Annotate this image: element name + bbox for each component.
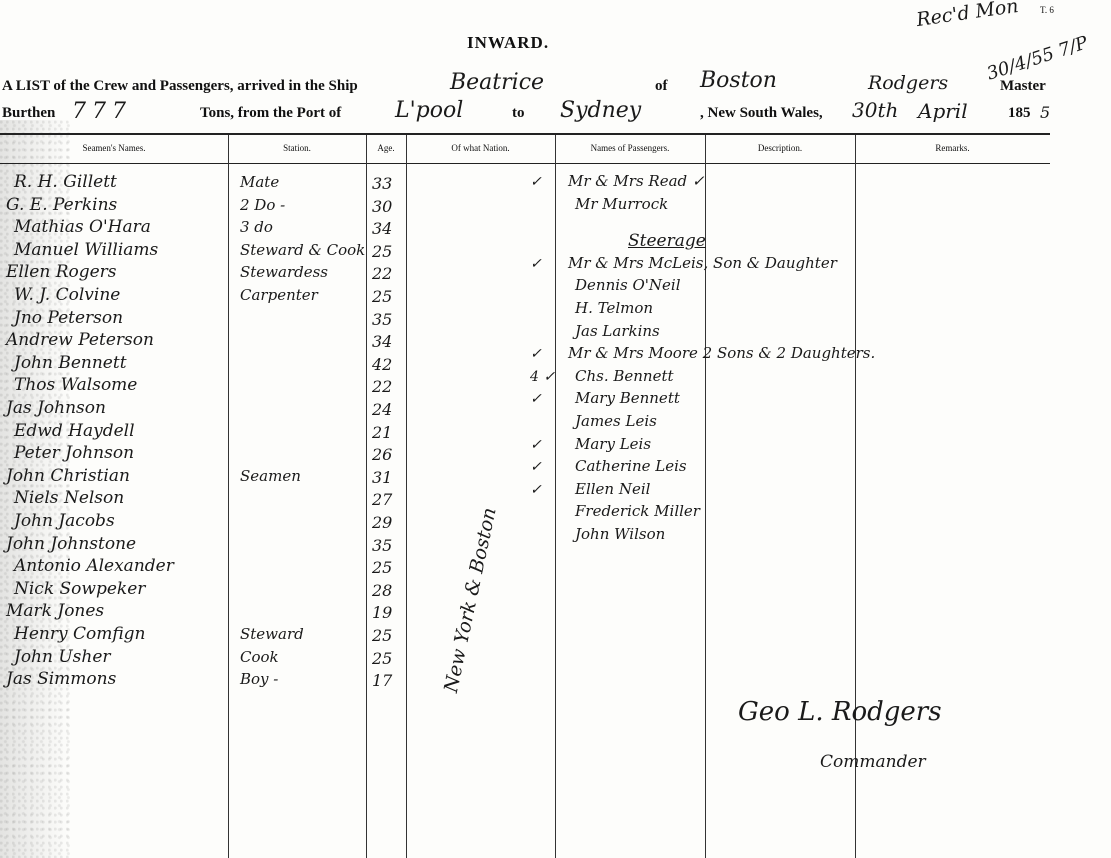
crew-age: 30 — [372, 197, 392, 216]
crew-age: 25 — [372, 558, 392, 577]
passenger-name: James Leis — [575, 412, 657, 430]
master-label: Master — [1000, 78, 1046, 95]
crew-name: Mark Jones — [6, 601, 104, 621]
crew-age: 27 — [372, 490, 392, 509]
crew-name: Jas Johnson — [6, 398, 106, 418]
crew-age: 21 — [372, 423, 392, 442]
passenger-name: H. Telmon — [575, 299, 653, 317]
crew-age: 17 — [372, 671, 392, 690]
crew-age: 25 — [372, 287, 392, 306]
arrival-day: 30th — [852, 98, 898, 122]
crew-name: John Usher — [14, 647, 111, 667]
crew-station: Cook — [240, 648, 279, 666]
crew-station: Carpenter — [240, 286, 318, 304]
crew-name: Jas Simmons — [6, 669, 116, 689]
passenger-name: Catherine Leis — [575, 457, 687, 475]
passenger-name: Mr & Mrs McLeis, Son & Daughter — [568, 254, 837, 272]
passenger-name: Mr Murrock — [575, 195, 668, 213]
crew-name: Jno Peterson — [14, 308, 123, 328]
crew-station: Seamen — [240, 467, 301, 485]
crew-name: Peter Johnson — [14, 443, 134, 463]
crew-station: Mate — [240, 173, 279, 191]
crew-age: 22 — [372, 377, 392, 396]
passenger-name: Ellen Neil — [575, 480, 650, 498]
to-label: to — [512, 105, 525, 122]
passenger-name: Frederick Miller — [575, 502, 700, 520]
master-name: Rodgers — [868, 72, 948, 94]
header-age: Age. — [366, 143, 406, 153]
crew-name: Edwd Haydell — [14, 421, 135, 441]
passenger-name: Dennis O'Neil — [575, 276, 681, 294]
crew-age: 24 — [372, 400, 392, 419]
check-mark-icon: ✓ — [530, 459, 542, 475]
crew-station: Boy - — [240, 670, 278, 688]
crew-age: 25 — [372, 649, 392, 668]
crew-age: 35 — [372, 310, 392, 329]
crew-age: 28 — [372, 581, 392, 600]
crew-station: 3 do — [240, 218, 273, 236]
burthen-value: 777 — [72, 99, 132, 124]
passenger-name: John Wilson — [575, 525, 665, 543]
crew-age: 22 — [372, 264, 392, 283]
crew-name: Thos Walsome — [14, 375, 137, 395]
check-mark-icon: ✓ — [530, 256, 542, 272]
passenger-name: Chs. Bennett — [575, 367, 674, 385]
check-mark-icon: ✓ — [530, 174, 542, 190]
crew-age: 19 — [372, 603, 392, 622]
year-prefix: 185 — [1008, 105, 1031, 122]
column-divider — [555, 135, 556, 858]
list-prefix: A LIST of the Crew and Passengers, arriv… — [2, 78, 358, 95]
passenger-name: Mary Bennett — [575, 389, 680, 407]
check-mark-icon: ✓ — [530, 482, 542, 498]
crew-name: R. H. Gillett — [14, 172, 117, 192]
burthen-label: Burthen — [2, 105, 55, 122]
passenger-name: Jas Larkins — [575, 322, 660, 340]
crew-name: Antonio Alexander — [14, 556, 174, 576]
crew-age: 35 — [372, 536, 392, 555]
page-mark: T. 6 — [1040, 5, 1054, 15]
crew-name: John Christian — [6, 466, 130, 486]
crew-name: John Jacobs — [14, 511, 115, 531]
tons-label: Tons, from the Port of — [200, 105, 341, 122]
document-title: INWARD. — [467, 33, 549, 53]
column-divider — [855, 135, 856, 858]
crew-name: Mathias O'Hara — [14, 217, 151, 237]
master-signature: Geo L. Rodgers — [738, 697, 942, 727]
crew-name: Ellen Rogers — [6, 262, 117, 282]
to-port: Sydney — [560, 98, 641, 123]
table-top-rule — [0, 133, 1050, 135]
crew-age: 26 — [372, 445, 392, 464]
crew-name: W. J. Colvine — [14, 285, 120, 305]
header-nation: Of what Nation. — [406, 143, 555, 153]
check-mark-icon: ✓ — [530, 437, 542, 453]
crew-station: Steward & Cook — [240, 241, 365, 259]
column-divider — [366, 135, 367, 858]
crew-name: Manuel Williams — [14, 240, 158, 260]
crew-age: 31 — [372, 468, 392, 487]
steerage-heading: Steerage — [628, 231, 706, 251]
nsw-label: , New South Wales, — [700, 105, 823, 122]
crew-age: 42 — [372, 355, 392, 374]
home-port: Boston — [700, 68, 777, 93]
crew-age: 25 — [372, 626, 392, 645]
header-remarks: Remarks. — [855, 143, 1050, 153]
ship-name: Beatrice — [450, 70, 544, 95]
crew-age: 34 — [372, 332, 392, 351]
crew-age: 33 — [372, 174, 392, 193]
passenger-name: Mary Leis — [575, 435, 651, 453]
check-mark-icon: ✓ — [530, 346, 542, 362]
check-mark-icon: 4 ✓ — [530, 369, 555, 385]
nation-note: New York & Boston — [440, 506, 501, 695]
column-divider — [228, 135, 229, 858]
header-station: Station. — [228, 143, 366, 153]
crew-name: John Johnstone — [6, 534, 136, 554]
crew-station: Stewardess — [240, 263, 328, 281]
signature-title: Commander — [820, 752, 926, 772]
header-passengers: Names of Passengers. — [555, 143, 705, 153]
crew-name: Niels Nelson — [14, 488, 124, 508]
crew-name: Henry Comfign — [14, 624, 146, 644]
crew-name: G. E. Perkins — [6, 195, 117, 215]
crew-age: 25 — [372, 242, 392, 261]
arrival-month: April — [918, 99, 968, 123]
crew-age: 29 — [372, 513, 392, 532]
header-seamens-names: Seamen's Names. — [0, 143, 228, 153]
header-description: Description. — [705, 143, 855, 153]
crew-name: Andrew Peterson — [6, 330, 154, 350]
crew-station: 2 Do - — [240, 196, 285, 214]
of-label: of — [655, 78, 668, 95]
crew-age: 34 — [372, 219, 392, 238]
crew-name: Nick Sowpeker — [14, 579, 145, 599]
column-divider — [406, 135, 407, 858]
year-suffix: 5 — [1040, 103, 1050, 122]
crew-name: John Bennett — [14, 353, 127, 373]
from-port: L'pool — [395, 98, 463, 123]
header-bottom-rule — [0, 163, 1050, 164]
crew-station: Steward — [240, 625, 304, 643]
check-mark-icon: ✓ — [530, 391, 542, 407]
received-date: 30/4/55 7/P — [984, 32, 1090, 84]
passenger-name: Mr & Mrs Read ✓ — [568, 172, 704, 190]
passenger-name: Mr & Mrs Moore 2 Sons & 2 Daughters. — [568, 344, 875, 362]
received-note: Rec'd Mon — [915, 0, 1020, 31]
